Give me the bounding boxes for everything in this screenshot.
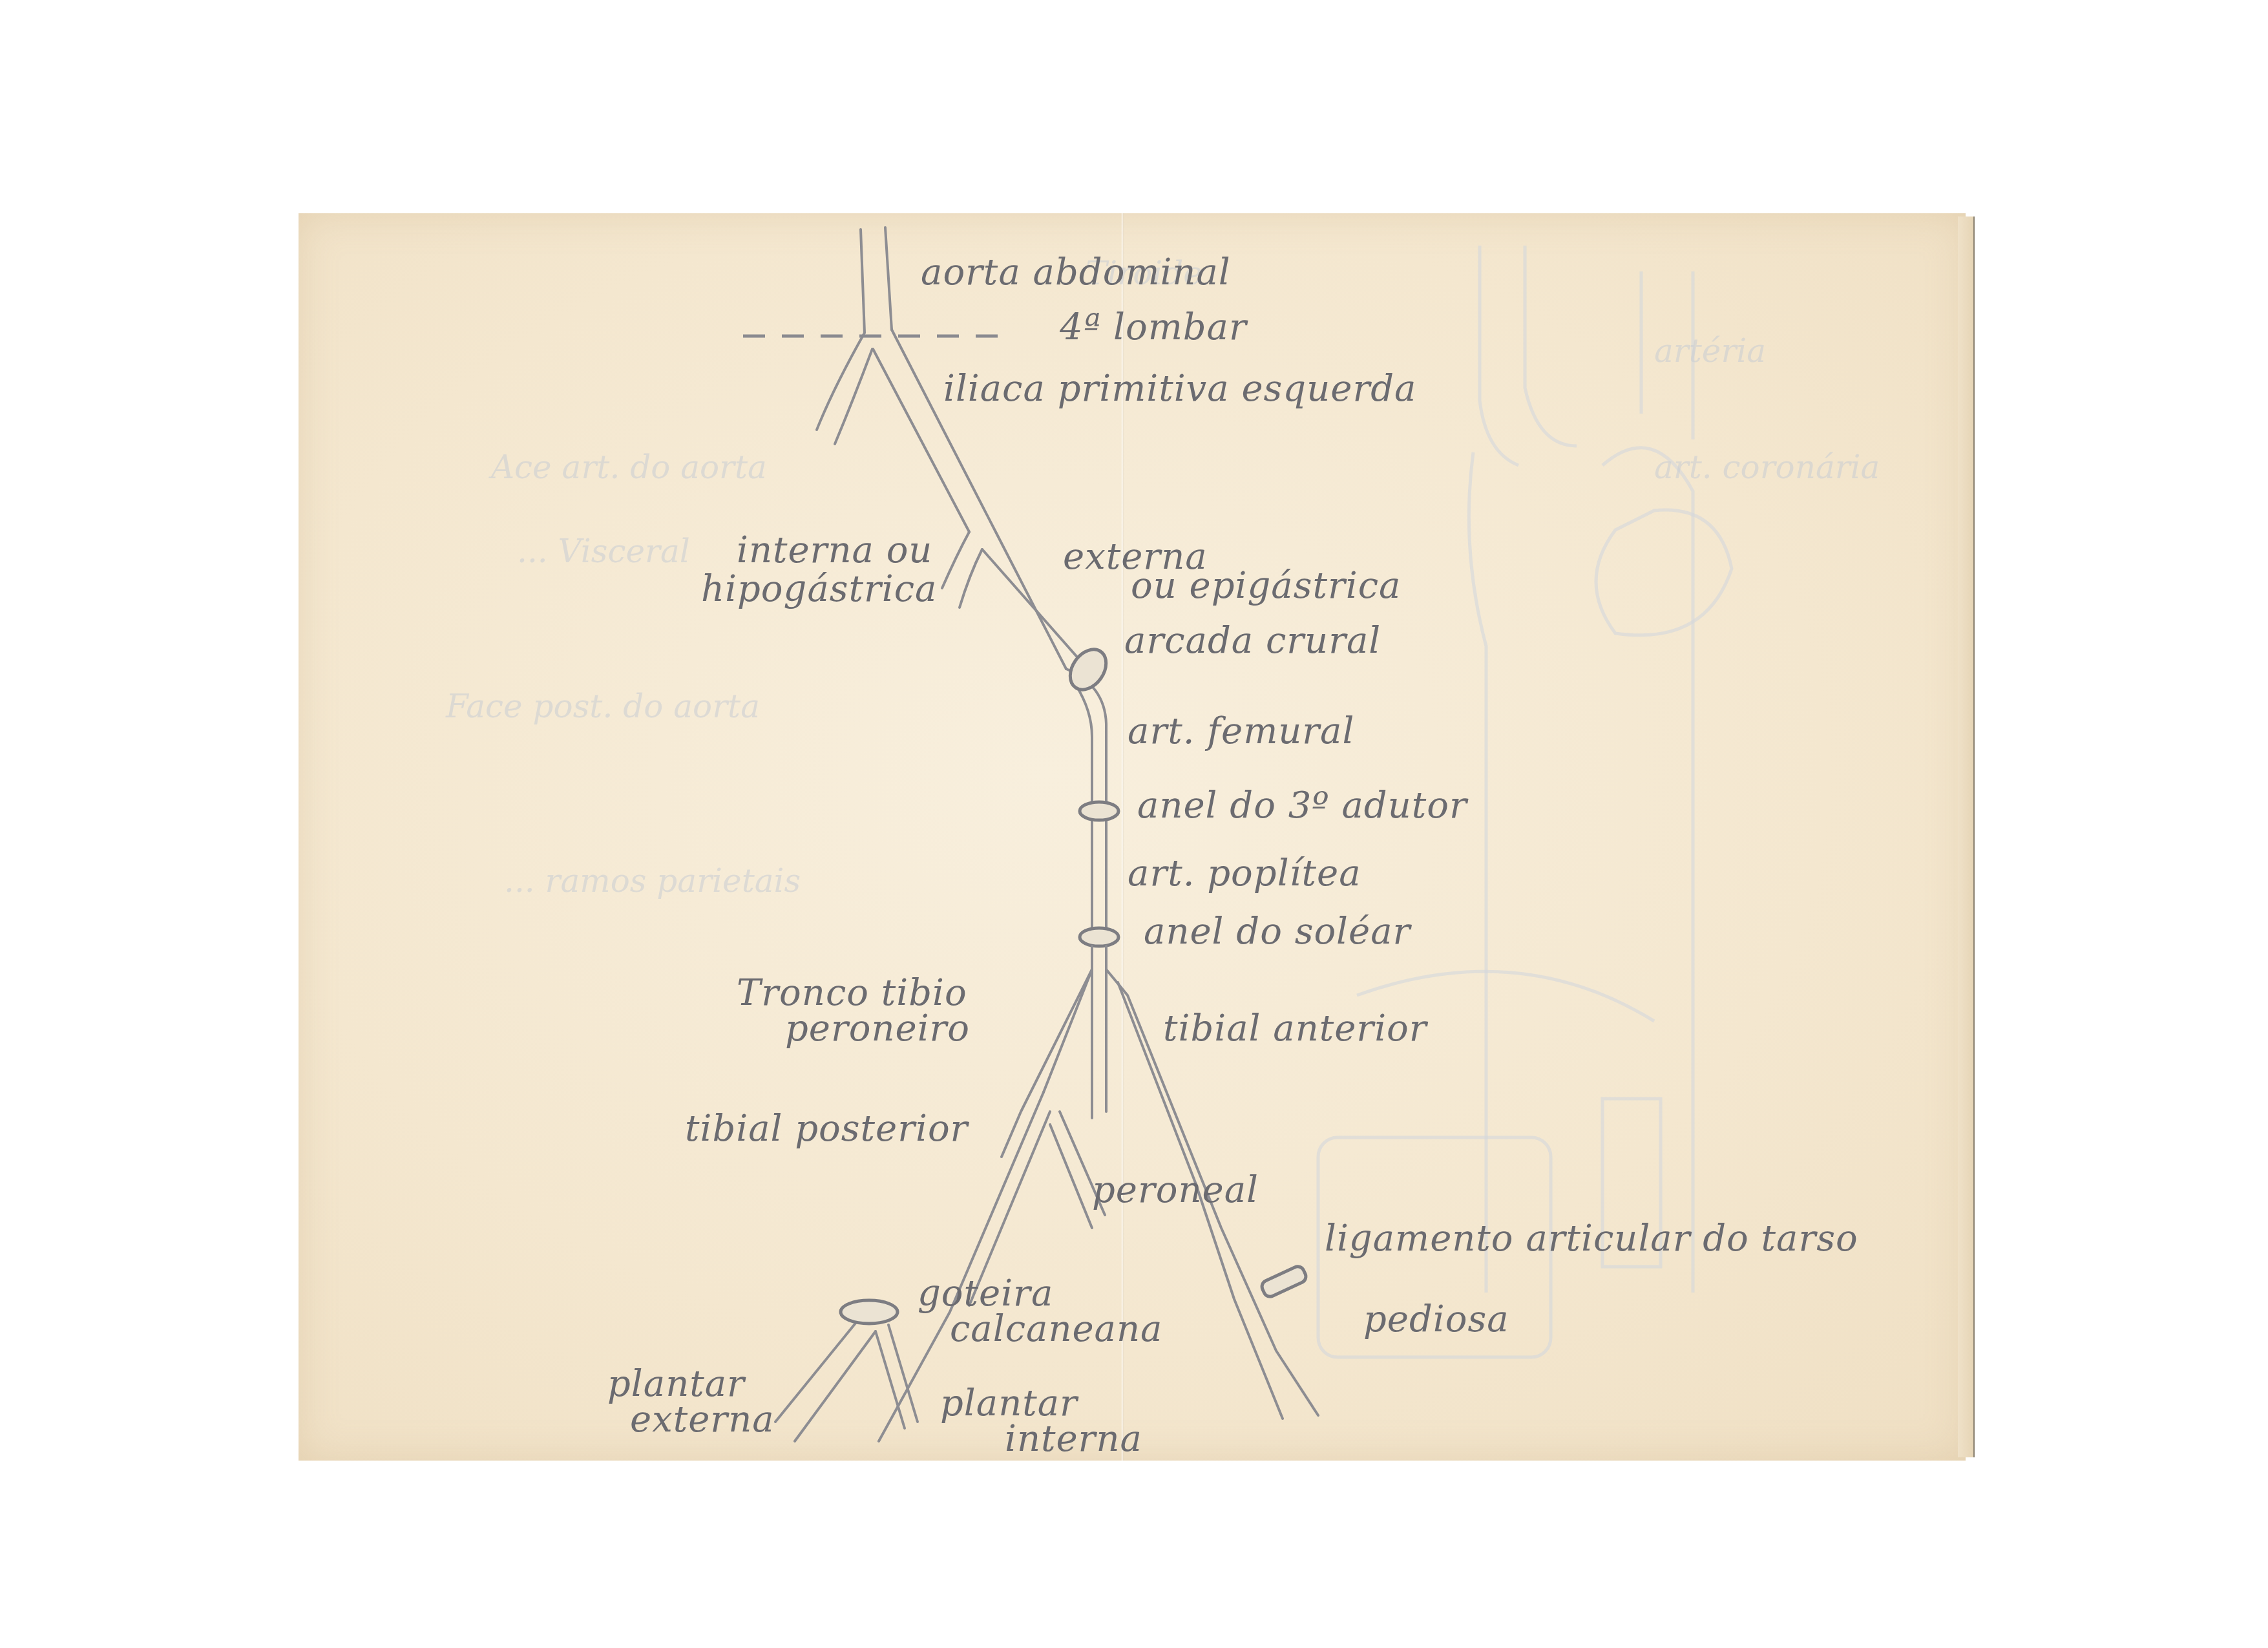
svg-text:... ramos parietais: ... ramos parietais	[504, 862, 801, 900]
svg-text:art. coronária: art. coronária	[1654, 449, 1880, 486]
svg-text:Face post. do aorta: Face post. do aorta	[445, 688, 760, 725]
label-crural-arch: arcada crural	[1124, 620, 1381, 662]
label-common-iliac: iliaca primitiva esquerda	[943, 368, 1416, 410]
label-soleus-ring: anel do soléar	[1144, 911, 1412, 953]
label-lumbar: 4ª lombar	[1059, 306, 1248, 348]
label-lateral-plantar-2: externa	[630, 1399, 775, 1441]
label-adductor-ring: anel do 3º adutor	[1137, 785, 1469, 827]
svg-text:... Visceral: ... Visceral	[517, 533, 690, 570]
label-posterior-tibial: tibial posterior	[685, 1108, 970, 1150]
tarsal-ligament-band	[1260, 1264, 1308, 1298]
scanned-page: Ace art. do aorta ... Visceral Face post…	[0, 0, 2268, 1648]
calcaneal-groove-ring	[841, 1300, 898, 1324]
svg-text:Ace art. do aorta: Ace art. do aorta	[488, 449, 767, 486]
label-dorsalis-pedis: pediosa	[1363, 1298, 1509, 1340]
label-internal-iliac-2: hipogástrica	[701, 568, 937, 610]
label-popliteal: art. poplítea	[1128, 852, 1361, 894]
label-tibioperoneal-2: peroneiro	[785, 1008, 970, 1050]
arterial-diagram: Ace art. do aorta ... Visceral Face post…	[0, 0, 2268, 1648]
svg-text:artéria: artéria	[1654, 332, 1766, 370]
label-femoral: art. femural	[1128, 710, 1354, 752]
label-peroneal: peroneal	[1092, 1169, 1259, 1211]
label-aorta: aorta abdominal	[921, 251, 1231, 293]
soleus-ring	[1080, 928, 1118, 946]
label-external-iliac-2: ou epigástrica	[1131, 565, 1401, 607]
adductor-ring	[1080, 802, 1118, 820]
label-internal-iliac-1: interna ou	[737, 529, 932, 571]
label-medial-plantar-2: interna	[1005, 1418, 1142, 1460]
label-anterior-tibial: tibial anterior	[1163, 1008, 1429, 1050]
label-tarsal-ligament: ligamento articular do tarso	[1325, 1218, 1858, 1260]
label-calcaneal-groove-2: calcaneana	[950, 1308, 1162, 1350]
